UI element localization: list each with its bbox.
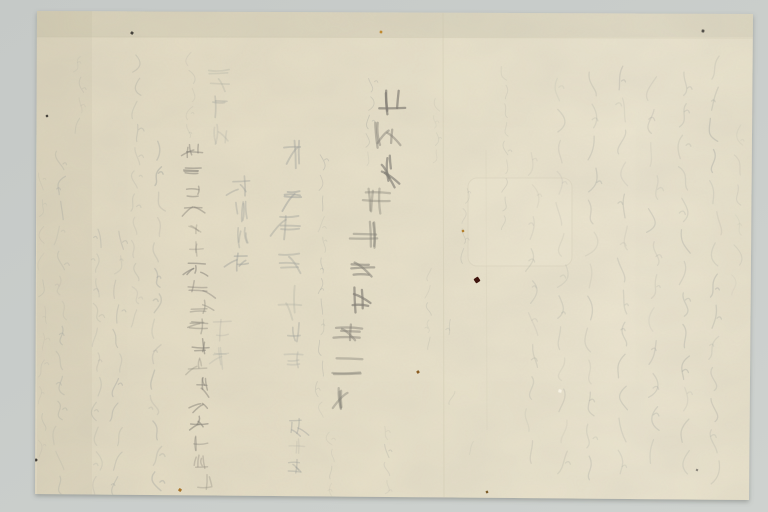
manuscript-photo <box>0 0 768 512</box>
paper-speck <box>558 389 562 393</box>
paper-speck <box>46 115 49 118</box>
paper-texture <box>0 0 768 512</box>
paper-speck <box>462 230 465 233</box>
paper-speck <box>380 31 383 34</box>
offset-ghost-patch <box>468 178 572 266</box>
paper-grain-texture <box>0 0 768 512</box>
manuscript-scene <box>0 0 768 512</box>
paper-speck <box>701 29 704 32</box>
